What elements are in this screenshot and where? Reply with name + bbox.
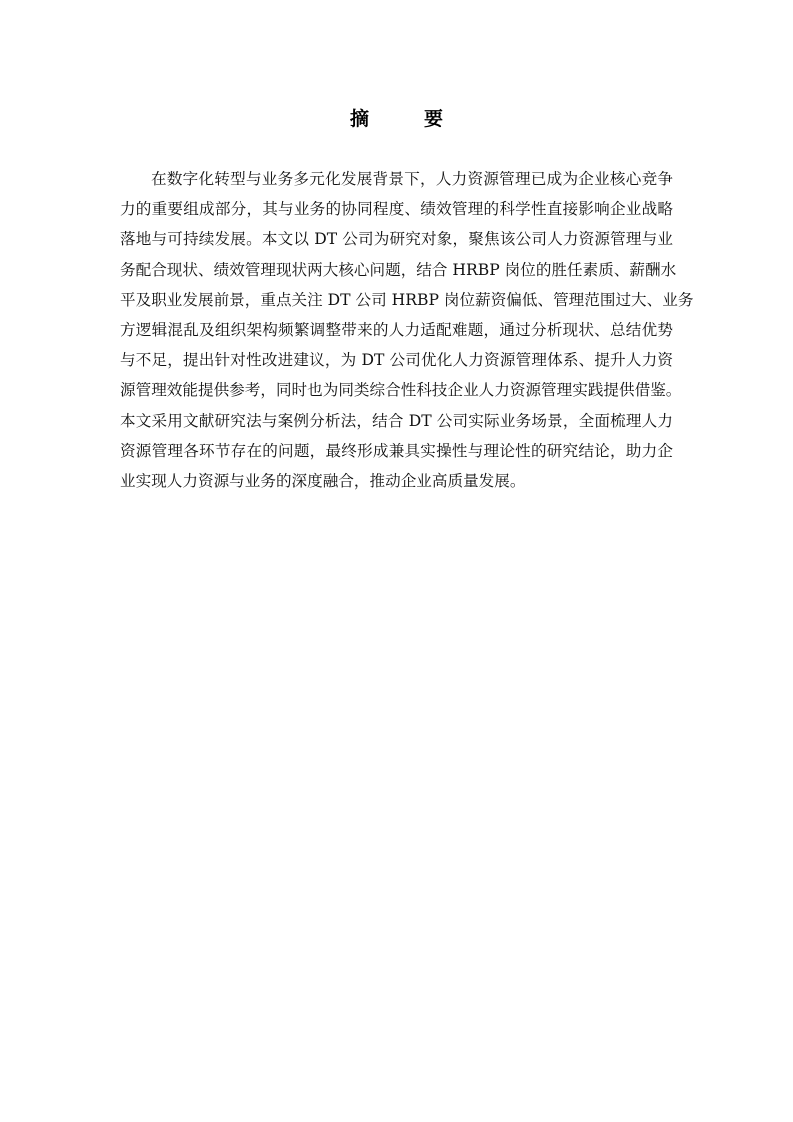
abstract-line: 业实现人力资源与业务的深度融合，推动企业高质量发展。	[120, 466, 673, 496]
abstract-line: 在数字化转型与业务多元化发展背景下，人力资源管理已成为企业核心竞争	[120, 164, 673, 194]
abstract-line: 平及职业发展前景，重点关注 DT 公司 HRBP 岗位薪资偏低、管理范围过大、业…	[120, 285, 673, 315]
document-page: 摘 要 在数字化转型与业务多元化发展背景下，人力资源管理已成为企业核心竞争 力的…	[0, 0, 793, 1122]
abstract-body: 在数字化转型与业务多元化发展背景下，人力资源管理已成为企业核心竞争 力的重要组成…	[120, 164, 673, 496]
abstract-line: 资源管理各环节存在的问题，最终形成兼具实操性与理论性的研究结论，助力企	[120, 436, 673, 466]
abstract-line: 本文采用文献研究法与案例分析法，结合 DT 公司实际业务场景，全面梳理人力	[120, 406, 673, 436]
abstract-line: 力的重要组成部分，其与业务的协同程度、绩效管理的科学性直接影响企业战略	[120, 194, 673, 224]
abstract-line: 方逻辑混乱及组织架构频繁调整带来的人力适配难题，通过分析现状、总结优势	[120, 315, 673, 345]
abstract-line: 与不足，提出针对性改进建议，为 DT 公司优化人力资源管理体系、提升人力资	[120, 345, 673, 375]
abstract-line: 落地与可持续发展。本文以 DT 公司为研究对象，聚焦该公司人力资源管理与业	[120, 224, 673, 254]
abstract-line: 务配合现状、绩效管理现状两大核心问题，结合 HRBP 岗位的胜任素质、薪酬水	[120, 255, 673, 285]
abstract-line: 源管理效能提供参考，同时也为同类综合性科技企业人力资源管理实践提供借鉴。	[120, 375, 673, 405]
abstract-title: 摘 要	[0, 104, 793, 131]
